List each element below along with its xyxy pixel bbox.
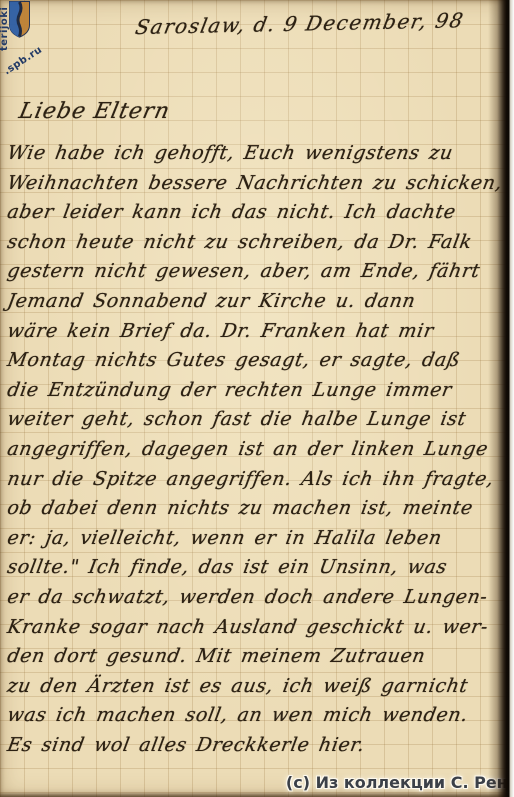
handwritten-line: ob dabei denn nichts zu machen ist, mein… <box>5 494 496 524</box>
handwritten-line: angegriffen, dagegen ist an der linken L… <box>5 435 496 465</box>
handwritten-line: schon heute nicht zu schreiben, da Dr. F… <box>5 228 496 258</box>
handwritten-line: nur die Spitze angegriffen. Als ich ihn … <box>5 465 496 495</box>
paper-bottom-shadow <box>0 792 514 797</box>
terijoki-watermark: terijoki .spb.ru <box>0 0 64 92</box>
handwritten-line: Weihnachten bessere Nachrichten zu schic… <box>5 169 496 199</box>
collection-copyright-note: (с) Из коллекции С. Ренни <box>286 773 514 792</box>
handwritten-line: Montag nichts Gutes gesagt, er sagte, da… <box>5 346 496 376</box>
handwritten-line: Es sind wol alles Dreckkerle hier. <box>5 731 496 761</box>
letter-salutation: Liebe Eltern <box>17 99 173 124</box>
handwritten-line: weiter geht, schon fast die halbe Lunge … <box>5 405 496 435</box>
handwritten-line: Kranke sogar nach Ausland geschickt u. w… <box>5 613 496 643</box>
handwritten-line: zu den Ärzten ist es aus, ich weiß garni… <box>5 672 496 702</box>
paper-edge-shadow <box>488 0 514 797</box>
handwritten-line: Wie habe ich gehofft, Euch wenigstens zu <box>5 139 496 169</box>
handwritten-line: aber leider kann ich das nicht. Ich dach… <box>5 198 496 228</box>
handwritten-line: sollte." Ich finde, das ist ein Unsinn, … <box>5 553 496 583</box>
handwritten-line: die Entzündung der rechten Lunge immer <box>5 376 496 406</box>
letter-dateline: Saroslaw, d. 9 December, 98 <box>133 8 466 39</box>
handwritten-line: den dort gesund. Mit meinem Zutrauen <box>5 642 496 672</box>
handwritten-line: Jemand Sonnabend zur Kirche u. dann <box>5 287 496 317</box>
handwritten-line: er da schwatzt, werden doch andere Lunge… <box>5 583 496 613</box>
handwritten-line: wäre kein Brief da. Dr. Franken hat mir <box>5 317 496 347</box>
watermark-site-text: terijoki <box>0 7 10 51</box>
handwritten-line: gestern nicht gewesen, aber, am Ende, fä… <box>5 257 496 287</box>
handwritten-line: was ich machen soll, an wen mich wenden. <box>5 701 496 731</box>
terijoki-shield-icon <box>9 1 30 38</box>
letter-body: Wie habe ich gehofft, Euch wenigstens zu… <box>10 139 496 760</box>
scanned-letter-page: terijoki .spb.ru Saroslaw, d. 9 December… <box>0 0 514 797</box>
handwritten-line: er: ja, vielleicht, wenn er in Halila le… <box>5 524 496 554</box>
